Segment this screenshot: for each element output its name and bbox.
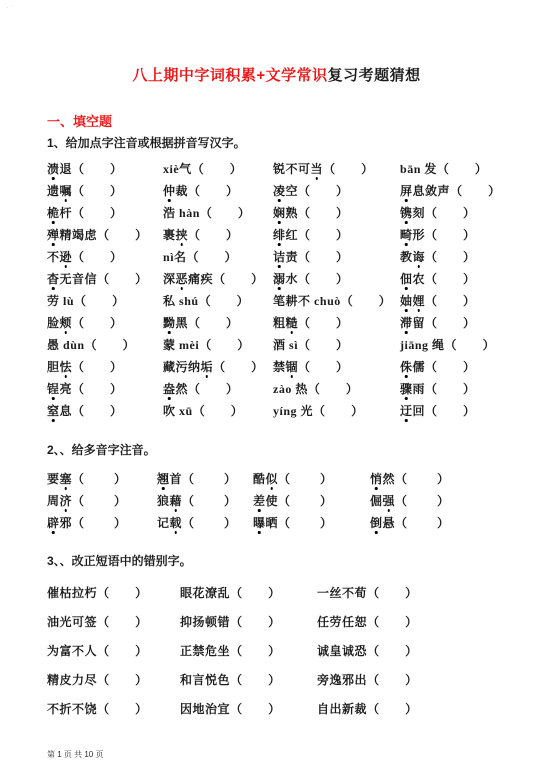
answer-blank: （）	[341, 294, 391, 308]
answer-blank: （）	[72, 360, 122, 374]
answer-blank: （）	[425, 272, 475, 286]
answer-blank: （）	[72, 404, 122, 418]
answer-blank: （）	[298, 360, 348, 374]
blank-item: 催枯拉朽（）	[47, 584, 180, 601]
blank-item: 仲裁（）	[163, 182, 273, 199]
answer-blank: （）	[72, 162, 122, 176]
term-text: 酷似	[253, 472, 278, 486]
term-text: 正禁危坐	[180, 644, 230, 658]
blank-row: 窒息（）吹 xū（）yíng 光（）迂回（）	[47, 399, 549, 421]
answer-blank: （）	[445, 338, 495, 352]
blank-row: 殚精竭虑（）裹挟（）绯红（）畸形（）	[47, 223, 549, 245]
blank-item: 油光可签（）	[47, 613, 180, 630]
answer-blank: （）	[395, 472, 449, 486]
blank-item: 酒 sì（）	[273, 336, 400, 353]
answer-blank: （）	[395, 494, 449, 508]
section-3-blank-list: 催枯拉朽（）眼花潦乱（）一丝不荀（）油光可签（）抑扬顿错（）任劳任恕（）为富不人…	[47, 578, 549, 723]
term-text: 绯红	[273, 228, 298, 242]
answer-blank: （）	[367, 673, 417, 687]
blank-row: 脸颊（）黝黑（）粗糙（）滞留（）	[47, 311, 549, 333]
blank-item: 倒悬（）	[370, 514, 549, 531]
term-text: 愚 dùn	[47, 338, 85, 352]
worksheet-page: ·˙ 八上期中字词积累+文学常识复习考题猜想 一、填空题 1、给加点字注音或根据…	[0, 0, 553, 782]
answer-blank: （）	[188, 184, 238, 198]
blank-item: 狼藉（）	[157, 492, 253, 509]
blank-item: 胆怯（）	[47, 358, 163, 375]
blank-row: 不逊（）nì名（）诘责（）教诲（）	[47, 245, 549, 267]
blank-item: 要塞（）	[47, 470, 157, 487]
term-text: 翘首	[157, 472, 182, 486]
page-title-red: 八上期中字词积累+文学常识	[132, 67, 327, 84]
blank-item: 吹 xū（）	[163, 402, 273, 419]
term-text: 黝黑	[163, 316, 188, 330]
blank-item: nì名（）	[163, 248, 273, 265]
answer-blank: （）	[313, 404, 363, 418]
blank-row: 溃退（）xiè气（）锐不可当（）bān 发（）	[47, 157, 549, 179]
term-text: 脸颊	[47, 316, 72, 330]
answer-blank: （）	[97, 272, 147, 286]
answer-blank: （）	[72, 184, 122, 198]
term-text: 粗糙	[273, 316, 298, 330]
blank-item: 畸形（）	[400, 226, 549, 243]
term-text: 笔耕不 chuò	[273, 294, 341, 308]
blank-item: 深恶痛疾（）	[163, 270, 273, 287]
term-text: 劳 lù	[47, 294, 74, 308]
answer-blank: （）	[230, 702, 280, 716]
blank-item: jiāng 绳（）	[400, 336, 549, 353]
term-text: 迂回	[400, 404, 425, 418]
blank-item: yíng 光（）	[273, 402, 400, 419]
answer-blank: （）	[97, 228, 147, 242]
blank-row: 遗嘱（）仲裁（）凌空（）屏息敛声（）	[47, 179, 549, 201]
term-text: 要塞	[47, 472, 72, 486]
term-text: 记载	[157, 516, 182, 530]
blank-item: zào 热（）	[273, 380, 400, 397]
answer-blank: （）	[182, 516, 236, 530]
answer-blank: （）	[97, 615, 147, 629]
blank-row: 杳无音信（）深恶痛疾（）溺水（）佃农（）	[47, 267, 549, 289]
answer-blank: （）	[425, 228, 475, 242]
blank-item: 盎然（）	[163, 380, 273, 397]
blank-item: 桅杆（）	[47, 204, 163, 221]
term-text: 滞留	[400, 316, 425, 330]
term-text: 催枯拉朽	[47, 586, 97, 600]
term-text: 酒 sì	[273, 338, 298, 352]
blank-item: xiè气（）	[163, 160, 273, 177]
footer-page-number: 第 1 页 共 10 页	[47, 749, 103, 760]
term-text: 悄然	[370, 472, 395, 486]
blank-item: 笔耕不 chuò（）	[273, 292, 400, 309]
answer-blank: （）	[298, 338, 348, 352]
blank-item: 迂回（）	[400, 402, 549, 419]
blank-item: 裹挟（）	[163, 226, 273, 243]
section-1-heading: 一、填空题	[47, 111, 112, 130]
answer-blank: （）	[230, 673, 280, 687]
term-text: 旁逸邪出	[317, 673, 367, 687]
answer-blank: （）	[72, 316, 122, 330]
term-text: bān 发	[400, 162, 437, 176]
answer-blank: （）	[213, 272, 263, 286]
answer-blank: （）	[72, 516, 126, 530]
term-text: 因地治宜	[180, 702, 230, 716]
blank-row: 油光可签（）抑扬顿错（）任劳任恕（）	[47, 607, 549, 636]
blank-item: 遗嘱（）	[47, 182, 163, 199]
answer-blank: （）	[278, 472, 332, 486]
answer-blank: （）	[230, 644, 280, 658]
blank-item: 杳无音信（）	[47, 270, 163, 287]
term-text: 任劳任恕	[317, 615, 367, 629]
blank-item: 教诲（）	[400, 248, 549, 265]
term-text: 杳无音信	[47, 272, 97, 286]
blank-item: 凌空（）	[273, 182, 400, 199]
term-text: 浩 hàn	[163, 206, 200, 220]
answer-blank: （）	[298, 316, 348, 330]
blank-row: 锃亮（）盎然（）zào 热（）骤雨（）	[47, 377, 549, 399]
answer-blank: （）	[278, 494, 332, 508]
answer-blank: （）	[188, 316, 238, 330]
blank-item: 辟邪（）	[47, 514, 157, 531]
answer-blank: （）	[425, 360, 475, 374]
blank-item: 殚精竭虑（）	[47, 226, 163, 243]
answer-blank: （）	[425, 206, 475, 220]
term-text: 侏儒	[400, 360, 425, 374]
blank-item: 浩 hàn（）	[163, 204, 273, 221]
answer-blank: （）	[450, 184, 500, 198]
term-text: 藏污纳垢	[163, 360, 213, 374]
term-text: 曝晒	[253, 516, 278, 530]
blank-item: bān 发（）	[400, 160, 549, 177]
page-title-black: 复习考题猜想	[328, 67, 421, 84]
answer-blank: （）	[367, 644, 417, 658]
answer-blank: （）	[192, 162, 242, 176]
blank-item: 藏污纳垢（）	[163, 358, 273, 375]
term-text: 禁锢	[273, 360, 298, 374]
term-text: 殚精竭虑	[47, 228, 97, 242]
answer-blank: （）	[187, 250, 237, 264]
term-text: 眼花潦乱	[180, 586, 230, 600]
term-text: 佃农	[400, 272, 425, 286]
blank-item: 任劳任恕（）	[317, 613, 549, 630]
term-text: 仲裁	[163, 184, 188, 198]
term-text: 妯娌	[400, 294, 425, 308]
term-text: 差使	[253, 494, 278, 508]
blank-row: 不折不饶（）因地治宜（）自出新裁（）	[47, 694, 549, 723]
blank-item: 自出新裁（）	[317, 700, 549, 717]
blank-row: 周济（）狼藉（）差使（）倔强（）	[47, 489, 549, 511]
answer-blank: （）	[367, 702, 417, 716]
answer-blank: （）	[367, 586, 417, 600]
blank-item: 滞留（）	[400, 314, 549, 331]
term-text: 辟邪	[47, 516, 72, 530]
blank-item: 脸颊（）	[47, 314, 163, 331]
blank-item: 诘责（）	[273, 248, 400, 265]
answer-blank: （）	[97, 644, 147, 658]
blank-item: 眼花潦乱（）	[180, 584, 317, 601]
answer-blank: （）	[230, 586, 280, 600]
answer-blank: （）	[72, 494, 126, 508]
term-text: 诚皇诚恐	[317, 644, 367, 658]
term-text: 裹挟	[163, 228, 188, 242]
blank-item: 悄然（）	[370, 470, 549, 487]
term-text: 桅杆	[47, 206, 72, 220]
answer-blank: （）	[278, 516, 332, 530]
term-text: xiè气	[163, 162, 192, 176]
term-text: 油光可签	[47, 615, 97, 629]
answer-blank: （）	[72, 382, 122, 396]
blank-row: 辟邪（）记载（）曝晒（）倒悬（）	[47, 511, 549, 533]
answer-blank: （）	[72, 250, 122, 264]
answer-blank: （）	[437, 162, 487, 176]
term-text: 深恶痛疾	[163, 272, 213, 286]
blank-item: 为富不人（）	[47, 642, 180, 659]
term-text: 周济	[47, 494, 72, 508]
answer-blank: （）	[367, 615, 417, 629]
term-text: 凌空	[273, 184, 298, 198]
term-text: 不折不饶	[47, 702, 97, 716]
term-text: yíng 光	[273, 404, 313, 418]
blank-row: 要塞（）翘首（）酷似（）悄然（）	[47, 467, 549, 489]
answer-blank: （）	[298, 272, 348, 286]
answer-blank: （）	[97, 586, 147, 600]
answer-blank: （）	[182, 472, 236, 486]
blank-item: 黝黑（）	[163, 314, 273, 331]
blank-item: 蒙 mèi（）	[163, 336, 273, 353]
blank-row: 劳 lù（）私 shú（）笔耕不 chuò（）妯娌（）	[47, 289, 549, 311]
blank-item: 差使（）	[253, 492, 370, 509]
term-text: 倔强	[370, 494, 395, 508]
blank-item: 一丝不荀（）	[317, 584, 549, 601]
blank-item: 因地治宜（）	[180, 700, 317, 717]
term-text: 溺水	[273, 272, 298, 286]
blank-item: 溃退（）	[47, 160, 163, 177]
blank-row: 为富不人（）正禁危坐（）诚皇诚恐（）	[47, 636, 549, 665]
term-text: 一丝不荀	[317, 586, 367, 600]
term-text: nì名	[163, 250, 187, 264]
blank-item: 锃亮（）	[47, 380, 163, 397]
blank-item: 记载（）	[157, 514, 253, 531]
term-text: 私 shú	[163, 294, 199, 308]
term-text: 畸形	[400, 228, 425, 242]
blank-item: 娴熟（）	[273, 204, 400, 221]
blank-item: 旁逸邪出（）	[317, 671, 549, 688]
term-text: 吹 xū	[163, 404, 193, 418]
answer-blank: （）	[199, 294, 249, 308]
term-text: 精皮力尽	[47, 673, 97, 687]
term-text: 胆怯	[47, 360, 72, 374]
blank-item: 倔强（）	[370, 492, 549, 509]
blank-item: 不逊（）	[47, 248, 163, 265]
answer-blank: （）	[298, 206, 348, 220]
section-2-blank-list: 要塞（）翘首（）酷似（）悄然（）周济（）狼藉（）差使（）倔强（）辟邪（）记载（）…	[47, 467, 549, 533]
blank-item: 妯娌（）	[400, 292, 549, 309]
term-text: 为富不人	[47, 644, 97, 658]
term-text: 和言悦色	[180, 673, 230, 687]
term-text: 娴熟	[273, 206, 298, 220]
answer-blank: （）	[85, 338, 135, 352]
answer-blank: （）	[72, 206, 122, 220]
answer-blank: （）	[200, 206, 250, 220]
term-text: 锃亮	[47, 382, 72, 396]
blank-item: 骤雨（）	[400, 380, 549, 397]
term-text: 倒悬	[370, 516, 395, 530]
blank-row: 愚 dùn（）蒙 mèi（）酒 sì（）jiāng 绳（）	[47, 333, 549, 355]
term-text: 溃退	[47, 162, 72, 176]
term-text: zào 热	[273, 382, 308, 396]
section-3-heading: 3、、改正短语中的错别字。	[47, 552, 192, 569]
answer-blank: （）	[97, 673, 147, 687]
term-text: 窒息	[47, 404, 72, 418]
answer-blank: （）	[323, 162, 373, 176]
blank-item: 锐不可当（）	[273, 160, 400, 177]
answer-blank: （）	[425, 404, 475, 418]
term-text: 自出新裁	[317, 702, 367, 716]
blank-item: 愚 dùn（）	[47, 336, 163, 353]
answer-blank: （）	[230, 615, 280, 629]
blank-item: 侏儒（）	[400, 358, 549, 375]
answer-blank: （）	[97, 702, 147, 716]
answer-blank: （）	[425, 316, 475, 330]
answer-blank: （）	[74, 294, 124, 308]
answer-blank: （）	[425, 250, 475, 264]
answer-blank: （）	[298, 250, 348, 264]
section-2-heading: 2、、给多音字注音。	[47, 441, 156, 458]
blank-item: 精皮力尽（）	[47, 671, 180, 688]
blank-item: 镌刻（）	[400, 204, 549, 221]
answer-blank: （）	[182, 494, 236, 508]
blank-row: 胆怯（）藏污纳垢（）禁锢（）侏儒（）	[47, 355, 549, 377]
blank-row: 桅杆（）浩 hàn（）娴熟（）镌刻（）	[47, 201, 549, 223]
term-text: 盎然	[163, 382, 188, 396]
answer-blank: （）	[298, 228, 348, 242]
blank-item: 粗糙（）	[273, 314, 400, 331]
blank-item: 曝晒（）	[253, 514, 370, 531]
blank-item: 诚皇诚恐（）	[317, 642, 549, 659]
term-text: 抑扬顿错	[180, 615, 230, 629]
term-text: 诘责	[273, 250, 298, 264]
answer-blank: （）	[425, 382, 475, 396]
blank-item: 禁锢（）	[273, 358, 400, 375]
term-text: 锐不可当	[273, 162, 323, 176]
answer-blank: （）	[188, 228, 238, 242]
blank-row: 催枯拉朽（）眼花潦乱（）一丝不荀（）	[47, 578, 549, 607]
blank-item: 溺水（）	[273, 270, 400, 287]
answer-blank: （）	[199, 338, 249, 352]
term-text: 教诲	[400, 250, 425, 264]
answer-blank: （）	[213, 360, 263, 374]
section-1-blank-list: 溃退（）xiè气（）锐不可当（）bān 发（）遗嘱（）仲裁（）凌空（）屏息敛声（…	[47, 157, 549, 421]
blank-item: 劳 lù（）	[47, 292, 163, 309]
blank-item: 翘首（）	[157, 470, 253, 487]
blank-row: 精皮力尽（）和言悦色（）旁逸邪出（）	[47, 665, 549, 694]
blank-item: 酷似（）	[253, 470, 370, 487]
blank-item: 绯红（）	[273, 226, 400, 243]
page-title: 八上期中字词积累+文学常识复习考题猜想	[0, 64, 553, 85]
blank-item: 佃农（）	[400, 270, 549, 287]
term-text: 遗嘱	[47, 184, 72, 198]
scan-artifact: ·˙	[6, 4, 15, 12]
section-1-subheading: 1、给加点字注音或根据拼音写汉字。	[47, 134, 246, 151]
blank-item: 周济（）	[47, 492, 157, 509]
term-text: 狼藉	[157, 494, 182, 508]
blank-item: 和言悦色（）	[180, 671, 317, 688]
answer-blank: （）	[298, 184, 348, 198]
term-text: jiāng 绳	[400, 338, 445, 352]
term-text: 骤雨	[400, 382, 425, 396]
blank-item: 屏息敛声（）	[400, 182, 549, 199]
term-text: 镌刻	[400, 206, 425, 220]
blank-item: 不折不饶（）	[47, 700, 180, 717]
term-text: 蒙 mèi	[163, 338, 199, 352]
blank-item: 窒息（）	[47, 402, 163, 419]
blank-item: 抑扬顿错（）	[180, 613, 317, 630]
term-text: 屏息敛声	[400, 184, 450, 198]
answer-blank: （）	[425, 294, 475, 308]
answer-blank: （）	[193, 404, 243, 418]
answer-blank: （）	[72, 472, 126, 486]
blank-item: 私 shú（）	[163, 292, 273, 309]
answer-blank: （）	[395, 516, 449, 530]
term-text: 不逊	[47, 250, 72, 264]
answer-blank: （）	[188, 382, 238, 396]
answer-blank: （）	[308, 382, 358, 396]
blank-item: 正禁危坐（）	[180, 642, 317, 659]
